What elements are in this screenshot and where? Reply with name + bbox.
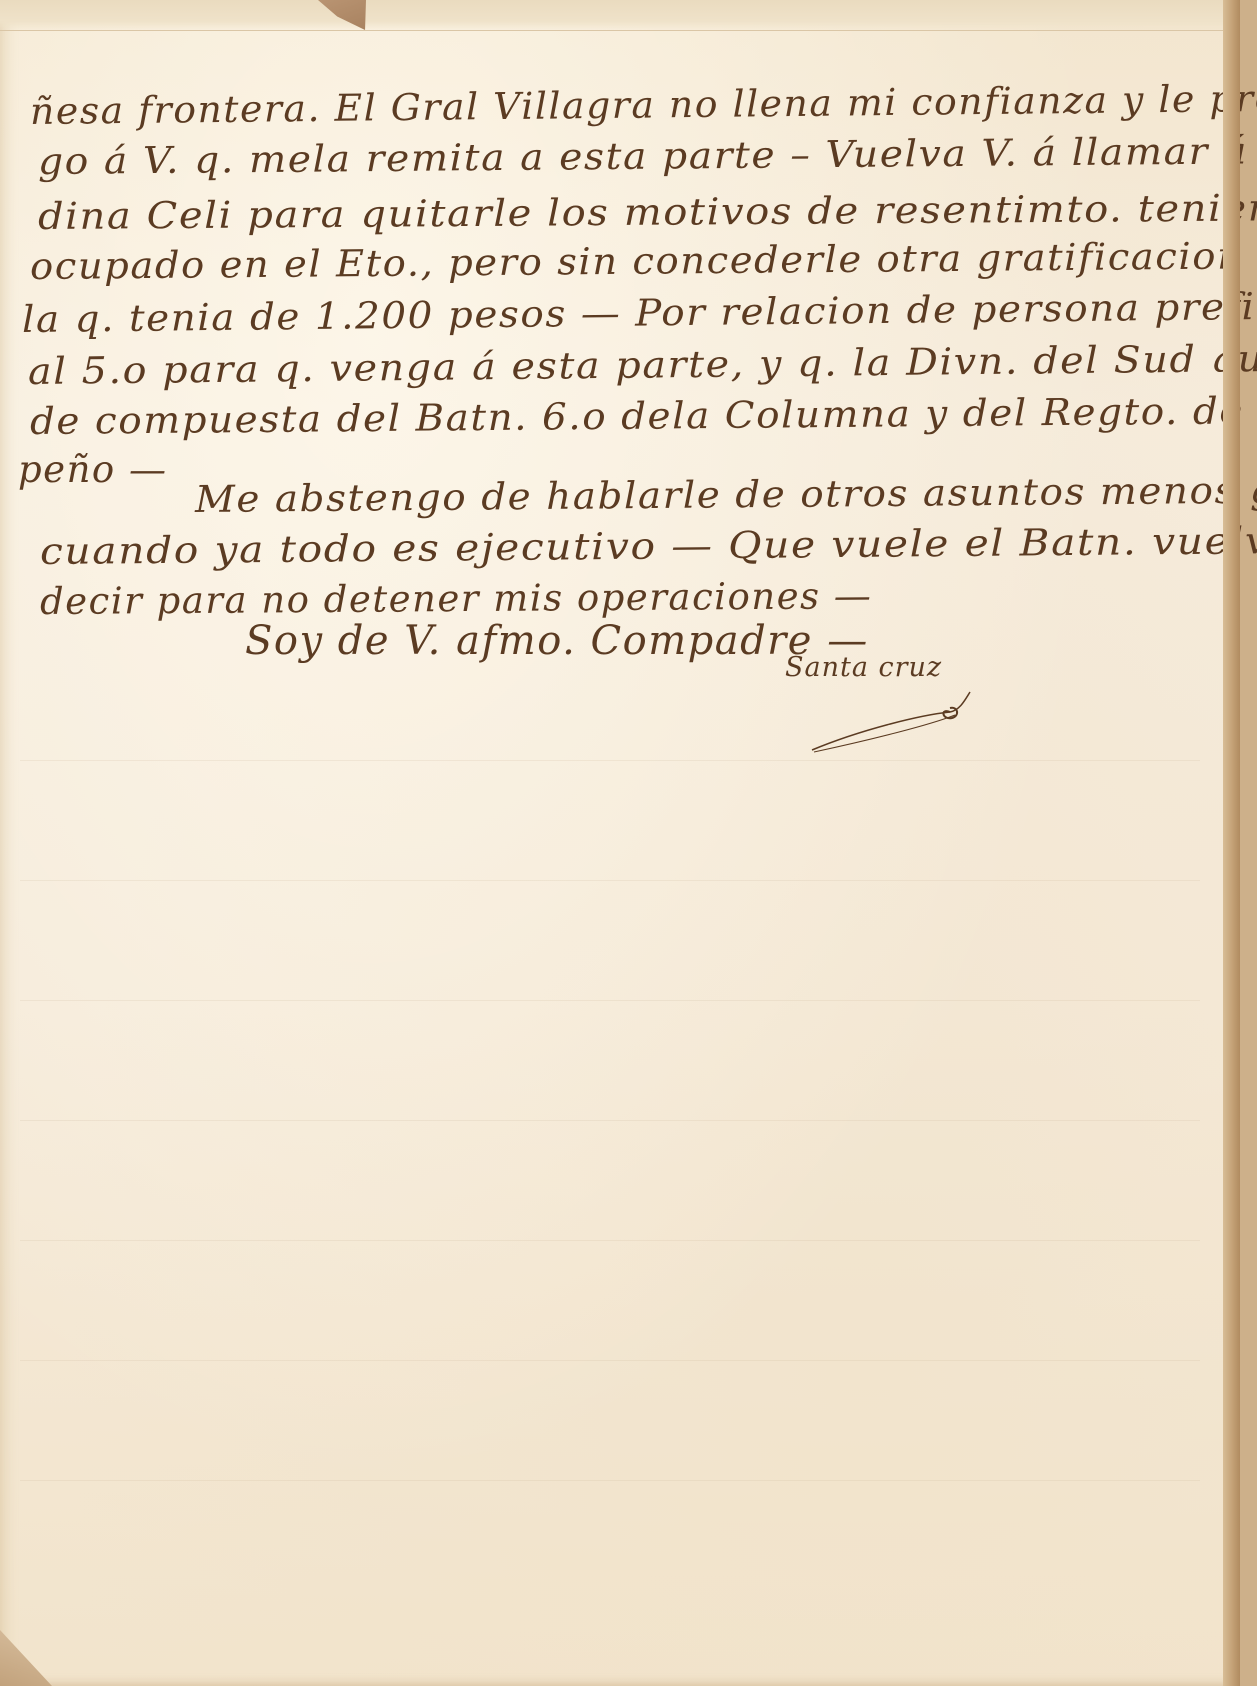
page-edge <box>1223 0 1240 1686</box>
text-line-11: decir para no detener mis operaciones — <box>40 574 873 623</box>
text-line-9-paragraph-start: Me abstengo de hablarle de otros asuntos… <box>195 468 1257 521</box>
text-line-3: dina Celi para quitarle los motivos de r… <box>38 186 1257 238</box>
letter-body: ñesa frontera. El Gral Villagra no llena… <box>0 0 1240 1686</box>
signature-rubric-flourish <box>800 690 980 760</box>
text-line-1: ñesa frontera. El Gral Villagra no llena… <box>30 76 1257 133</box>
text-line-10: cuando ya todo es ejecutivo — Que vuele … <box>40 519 1257 573</box>
text-line-6: al 5.o para q. venga á esta parte, y q. … <box>28 337 1257 393</box>
closing-line: Soy de V. afmo. Compadre — <box>245 618 869 664</box>
text-line-7: de compuesta del Batn. 6.o dela Columna … <box>30 388 1257 443</box>
text-line-5: la q. tenia de 1.200 pesos — Por relacio… <box>22 284 1257 341</box>
text-line-4: ocupado en el Eto., pero sin concederle … <box>30 234 1257 288</box>
manuscript-page: ñesa frontera. El Gral Villagra no llena… <box>0 0 1240 1686</box>
signature: Santa cruz <box>785 652 942 683</box>
text-line-8: peño — <box>18 448 167 491</box>
text-line-2: go á V. q. mela remita a esta parte – Vu… <box>38 129 1257 183</box>
